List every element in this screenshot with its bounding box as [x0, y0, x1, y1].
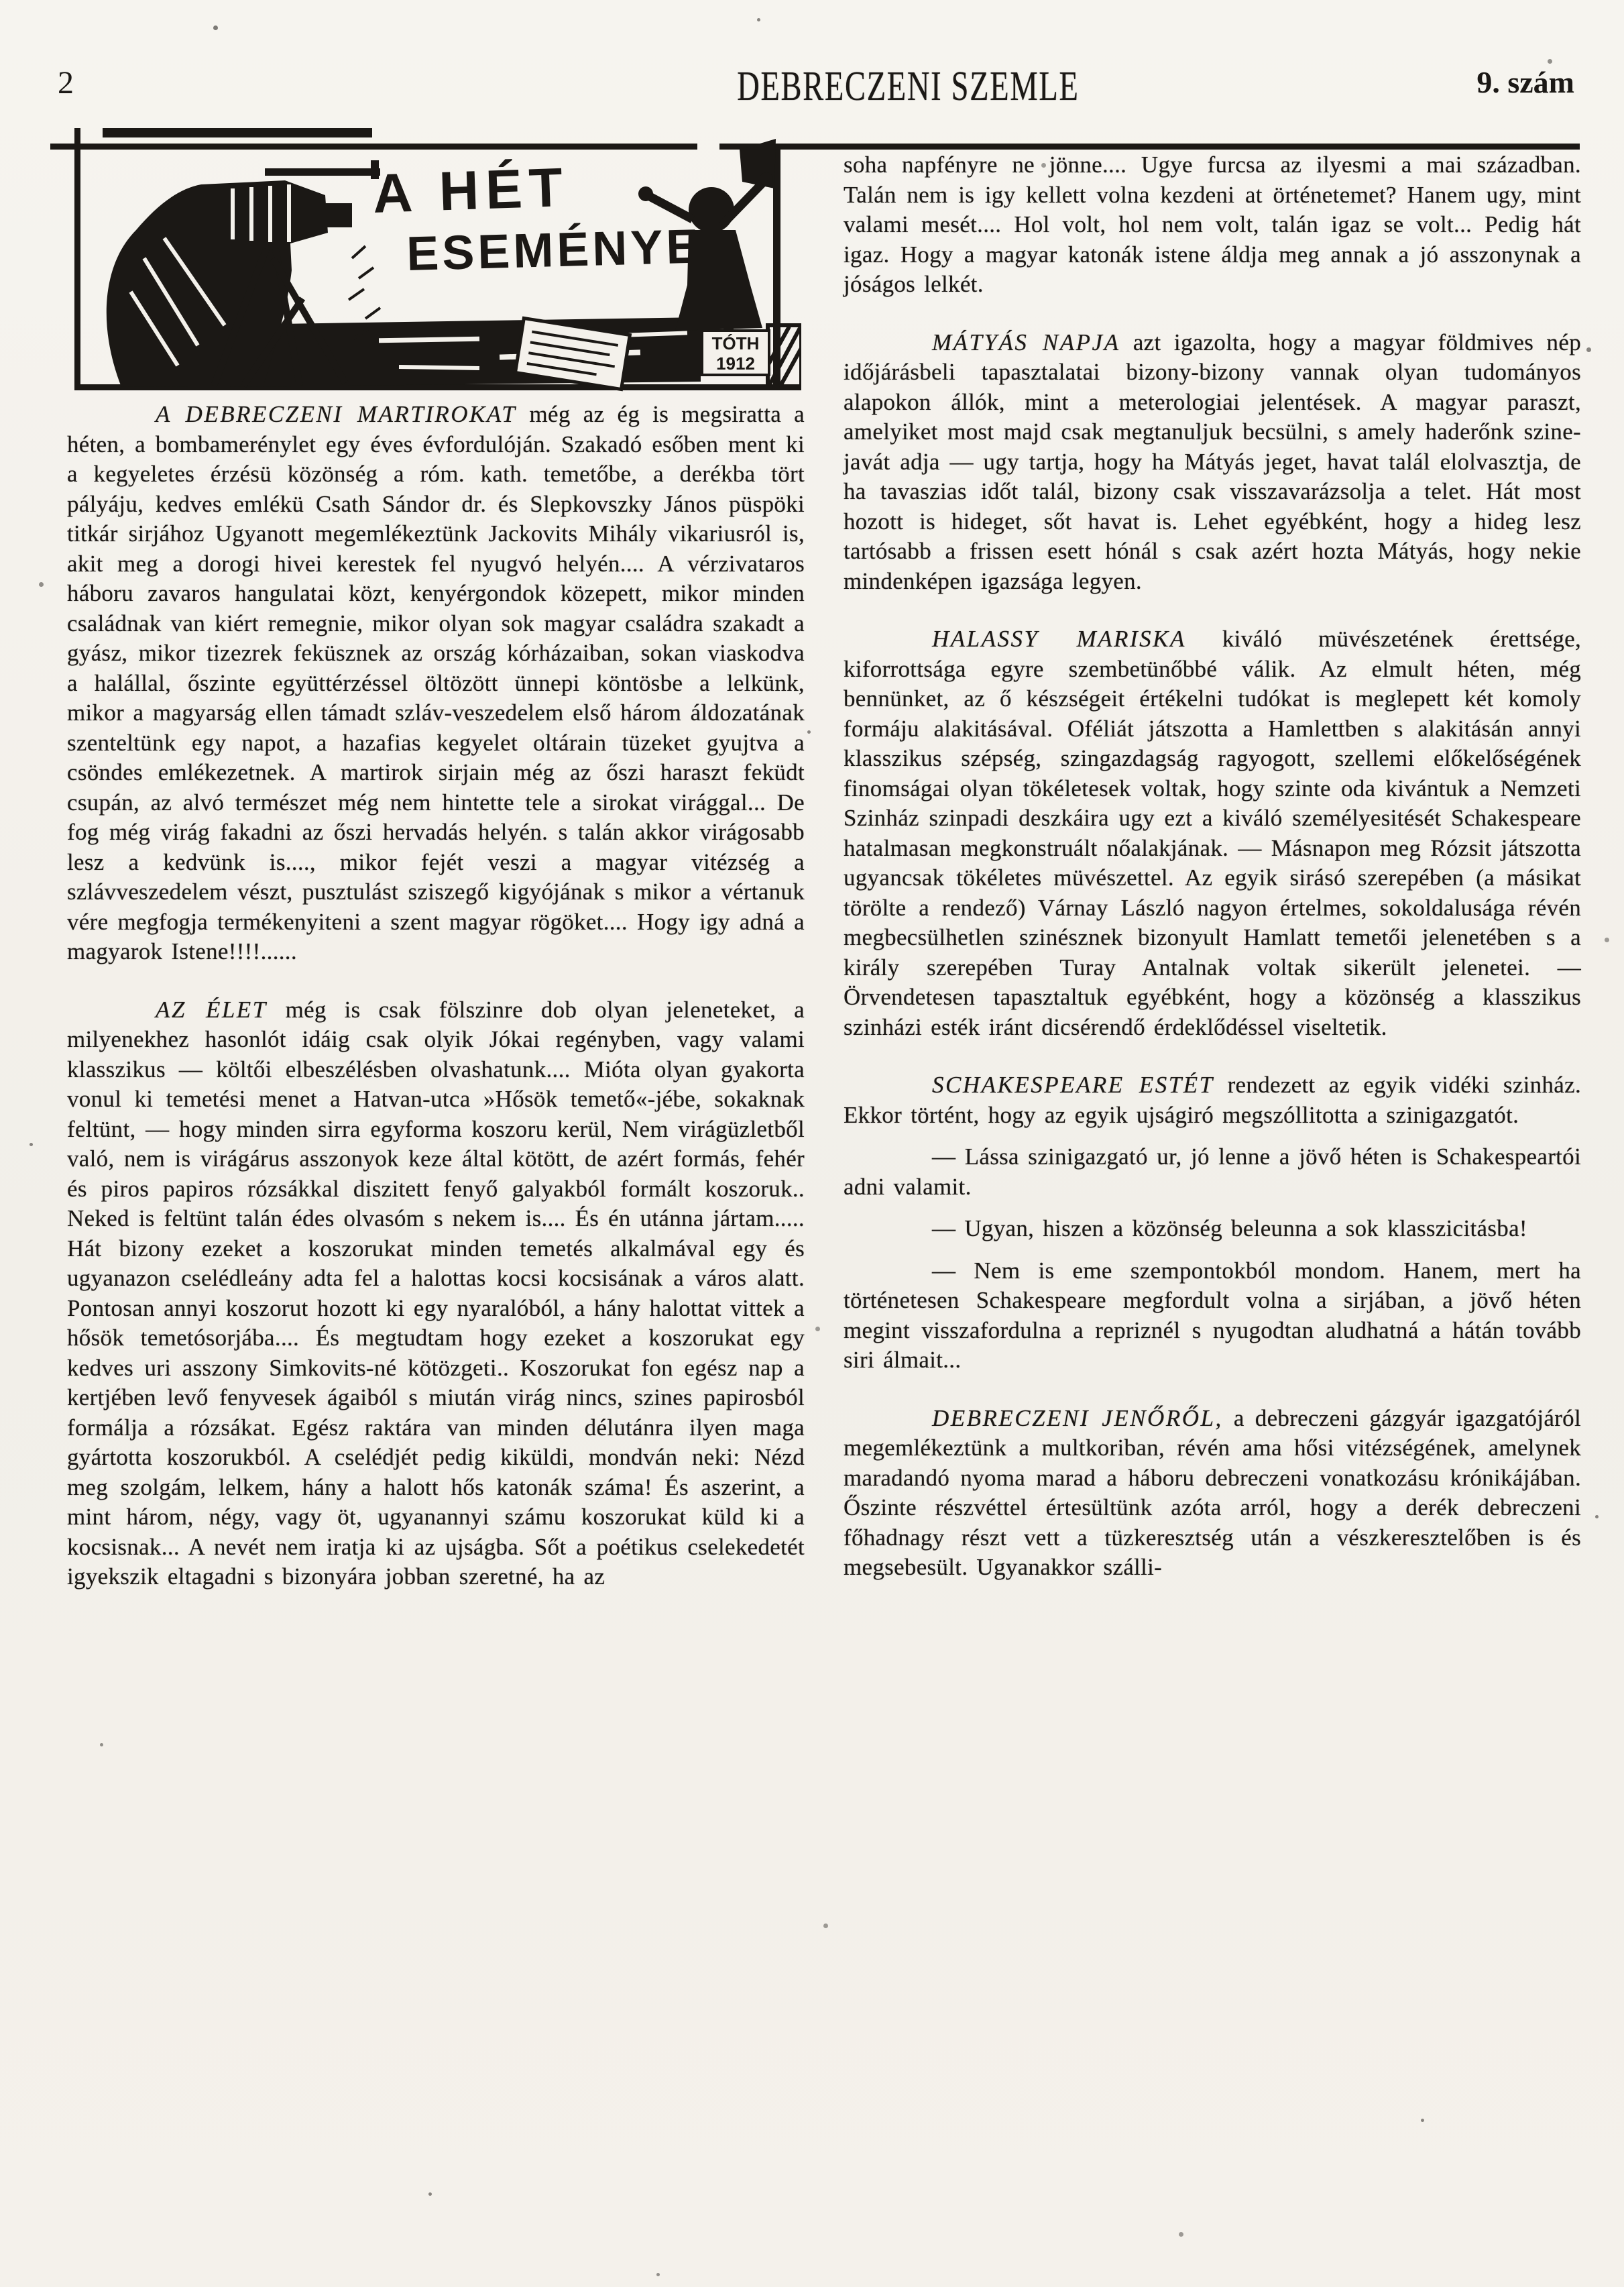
- dialogue-paragraph: — Ugyan, hiszen a közönség beleunna a so…: [844, 1214, 1581, 1244]
- issue-number: 9. szám: [1476, 64, 1574, 100]
- camera-lens: [324, 203, 352, 227]
- masthead-title-line1: A HÉT: [371, 157, 570, 225]
- right-column: soha napfényre ne jönne.... Ugye furcsa …: [844, 150, 1581, 1583]
- masthead-title-line2: ESEMÉNYEI: [406, 219, 719, 281]
- article-paragraph: MÁTYÁS NAPJA azt igazolta, hogy a magyar…: [844, 328, 1581, 597]
- masthead-title: A HÉT ESEMÉNYEI: [371, 157, 719, 281]
- signature-year: 1912: [716, 353, 755, 374]
- signature-name: TÓTH: [712, 333, 760, 353]
- dialogue-paragraph: — Lássa szinigazgató ur, jó lenne a jövő…: [844, 1142, 1581, 1202]
- bench-hatching: [768, 325, 801, 387]
- paragraph-lead: HALASSY MARISKA: [932, 626, 1186, 652]
- header-rule-right: [719, 144, 1580, 150]
- article-paragraph: DEBRECZENI JENŐRŐL, a debreczeni gázgyár…: [844, 1404, 1581, 1583]
- article-paragraph: A DEBRECZENI MARTIROKAT még az ég is meg…: [67, 400, 805, 967]
- article-paragraph: HALASSY MARISKA kiváló müvészetének éret…: [844, 624, 1581, 1042]
- article-paragraph: AZ ÉLET még is csak fölszinre dob olyan …: [67, 995, 805, 1592]
- newspaper-title: DEBRECZENI SZEMLE: [737, 62, 1060, 110]
- article-paragraph: SCHAKESPEARE ESTÉT rendezett az egyik vi…: [844, 1070, 1581, 1130]
- artist-signature: TÓTH 1912: [702, 331, 769, 375]
- dialogue-paragraph: — Nem is eme szempontokból mondom. Hanem…: [844, 1256, 1581, 1376]
- left-column: A DEBRECZENI MARTIROKAT még az ég is meg…: [67, 400, 805, 1592]
- page-number: 2: [58, 64, 74, 101]
- scan-speckles: [0, 0, 2, 2]
- newspaper-page: 2 DEBRECZENI SZEMLE 9. szám: [0, 0, 1624, 2287]
- paragraph-lead: MÁTYÁS NAPJA: [932, 329, 1120, 355]
- paragraph-lead: SCHAKESPEARE ESTÉT: [932, 1072, 1214, 1098]
- article-paragraph: soha napfényre ne jönne.... Ugye furcsa …: [844, 150, 1581, 300]
- paragraph-lead: AZ ÉLET: [156, 997, 268, 1023]
- masthead-illustration: A HÉT ESEMÉNYEI TÓTH: [64, 124, 801, 396]
- paragraph-lead: A DEBRECZENI MARTIROKAT: [156, 401, 516, 427]
- paragraph-lead: DEBRECZENI JENŐRŐL,: [932, 1405, 1223, 1431]
